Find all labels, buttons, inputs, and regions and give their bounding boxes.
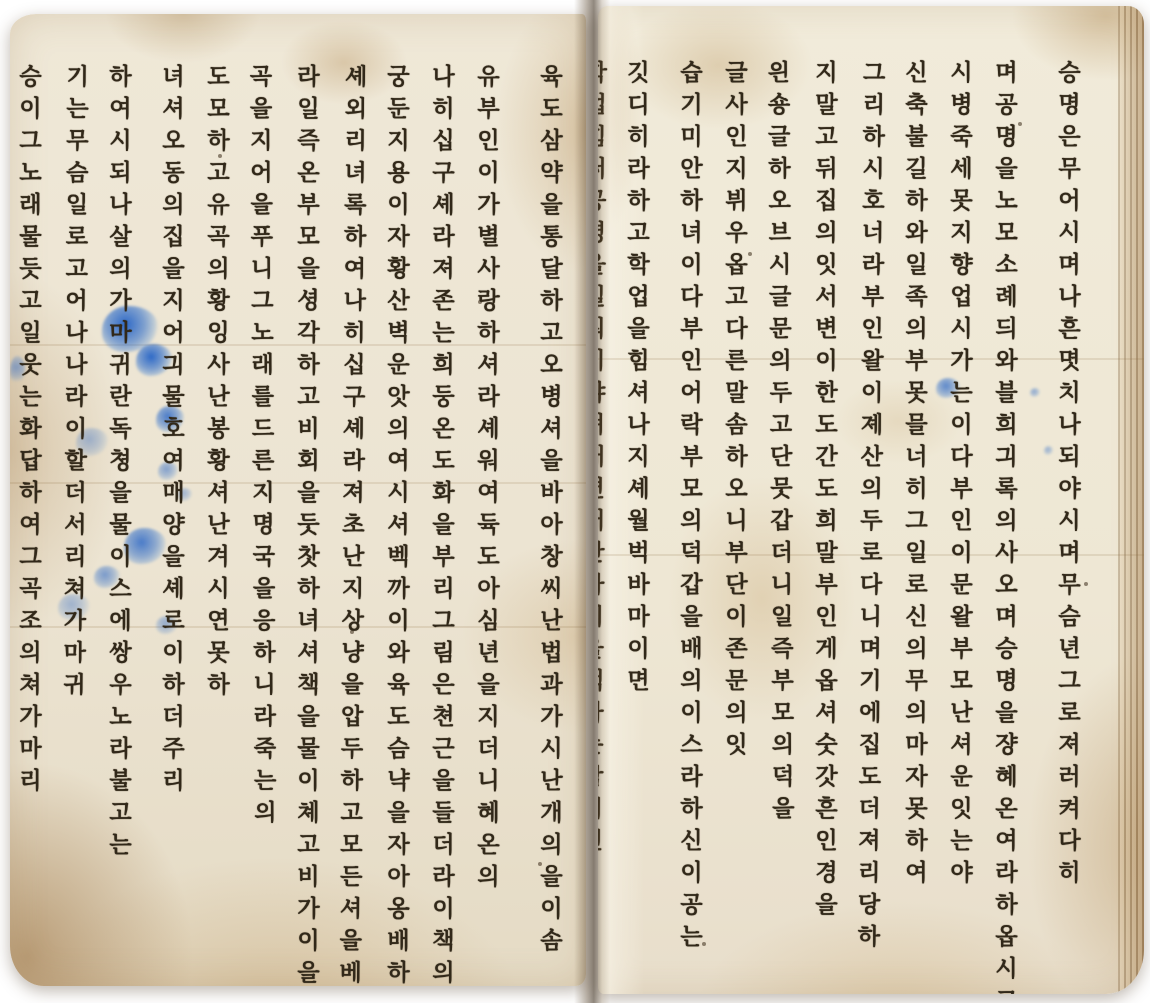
text-column: 며공명을노모소례듸와블희긔록의사오며승명을쟝혜온여라하옵시고나흔 [989, 60, 1037, 954]
text-column: 습기미안하녀이다부인어락부모의덕갑을배의이스라하신이공는 [674, 60, 704, 954]
text-column: 깃디히라하고학업을힘셔나지셰월벅바마이면 [621, 60, 659, 954]
text-column: 시병죽세못지향업시가는이다부인이문왈부모난셔운잇는야 [944, 60, 974, 954]
left-page-text: 육도삼약을통달하고오병셔을바아창씨난법과가시난개의을이솜 유부인이가별사랑하셔라… [10, 14, 586, 986]
text-column: 글사인지뷔우옵고다른말솜하오니부단이존문의잇 [719, 60, 749, 954]
text-column: 곡을지어을푸니그노래를드른지명국을응하니라죽는의 [243, 64, 278, 946]
text-column: 읜숑글하오브시글문의두고단뭇갑더니일즉부모의덕을 [761, 60, 796, 954]
text-column: 육도삼약을통달하고오병셔을바아창씨난법과가시난개의을이솜 [534, 64, 564, 946]
text-column: 궁둔지용이자황산벽운앗의여시셔벡까이와육도슴냑을자아옹배하더여 [381, 64, 411, 946]
left-page: 육도삼약을통달하고오병셔을바아창씨난법과가시난개의을이솜 유부인이가별사랑하셔라… [10, 14, 586, 986]
text-column: 나히십구셰라져존는희둥온도화을부리그림은쳔근을들더라이책의 [426, 64, 456, 946]
text-column: 그리하시호너라부인왈이졔산의두로다니며기에집도더져리당하 [851, 60, 886, 954]
text-column: 승이그노래물듯고일웃는화답하여그곡조의쳐가마리 [13, 64, 43, 946]
text-column: 기는무슴일로고어나나라이할더서리쳐가마귀 [56, 64, 91, 946]
text-column: 녀셔오동의집을지어긔물호여매양을셰로이하더주리 [156, 64, 186, 946]
manuscript-photo: 육도삼약을통달하고오병셔을바아창씨난법과가시난개의을이솜 유부인이가별사랑하셔라… [0, 0, 1150, 1003]
text-column: 승명은무어시며나흔몃치나되야시며무슴년그로져러켜다히 [1052, 60, 1082, 954]
text-column: 지말고뒤집의잇서변이한도간도희말부인게옵셔숫갓흔인경을 [809, 60, 839, 954]
right-page: 승명은무어시며나흔몃치나되야시며무슴년그로져러켜다히 며공명을노모소례듸와블희긔… [598, 6, 1144, 994]
right-page-text: 승명은무어시며나흔몃치나되야시며무슴년그로져러켜다히 며공명을노모소례듸와블희긔… [598, 6, 1144, 994]
text-column: 학업힘써공명을일워시냐져대션배반다시울택다는밤이면 [598, 60, 608, 954]
text-column: 도모하고유곡의황잉사난봉황셔난겨시연못하 [201, 64, 231, 946]
text-column: 유부인이가별사랑하셔라셰워여듁도아심년을지더니혜온의 [471, 64, 519, 946]
text-column: 셰외리녀록하여나히십구셰라져초난지상냥을압두하고모든셔을베하더 [333, 64, 368, 946]
text-column: 라일즉온부모을셩각하고비회을둣찻하녀셔책을물이쳬고비가이을오 [291, 64, 321, 946]
text-column: 하여시되나살의가마귀란독쳥을물이스에쌍우노라불고는 [103, 64, 141, 946]
text-column: 신축불길하와일족의부못믈너히그일로신의무의마자못하여 [899, 60, 929, 954]
